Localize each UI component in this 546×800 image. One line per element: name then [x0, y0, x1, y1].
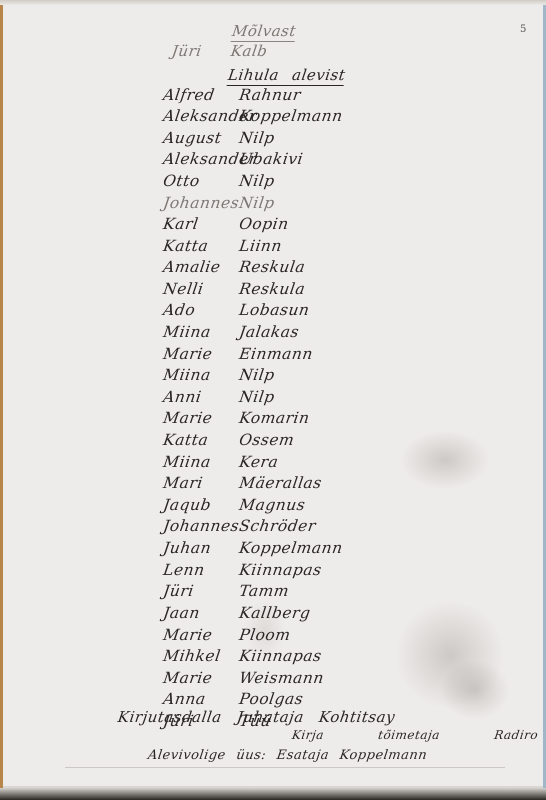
- last-name: Weismann: [238, 669, 325, 687]
- last-name: Magnus: [238, 496, 306, 514]
- last-name: Nilp: [238, 388, 276, 406]
- first-name: Nelli: [162, 280, 241, 298]
- last-name: Ubakivi: [238, 150, 304, 168]
- list-item: JaqubMagnus: [161, 496, 306, 518]
- list-item: MiinaJalakas: [161, 323, 300, 345]
- water-stain: [400, 430, 490, 490]
- last-name: Kiinnapas: [238, 561, 323, 579]
- first-name: Miina: [162, 453, 241, 471]
- water-stain: [440, 660, 510, 720]
- last-name: Poolgas: [238, 690, 305, 708]
- list-item: MariePloom: [161, 626, 291, 648]
- list-item: MiinaKera: [161, 453, 279, 475]
- first-name: Juhan: [162, 539, 241, 557]
- list-item: AnniNilp: [161, 388, 275, 410]
- last-name: Rahnur: [238, 86, 302, 104]
- list-item: AlfredRahnur: [161, 86, 302, 108]
- list-item: MiinaNilp: [161, 366, 275, 388]
- list-item: NelliReskula: [161, 280, 306, 302]
- first-name: Anni: [162, 388, 241, 406]
- document-photo: 5 Mõlvast Jüri Kalb Lihula alevist Alfre…: [0, 0, 546, 800]
- last-name: Einmann: [238, 345, 314, 363]
- last-name: Liinn: [238, 237, 283, 255]
- paper-edge-line: [65, 767, 505, 768]
- last-name: Nilp: [238, 172, 276, 190]
- last-name: Tamm: [238, 582, 290, 600]
- footer-line-1: Kirjutasdalla Juhataja Kohtitsay: [117, 708, 397, 726]
- last-name: Reskula: [238, 280, 306, 298]
- list-item: JohannesSchröder: [161, 517, 317, 539]
- last-name: Ploom: [238, 626, 292, 644]
- last-name: Kallberg: [238, 604, 312, 622]
- first-name: Johannes: [162, 194, 241, 212]
- last-name: Nilp: [238, 129, 276, 147]
- first-name: Aleksander: [162, 107, 241, 125]
- last-name: Kera: [238, 453, 280, 471]
- list-item: JohannesNilp: [161, 194, 275, 216]
- list-item: OttoNilp: [161, 172, 275, 194]
- first-name: Jaan: [162, 604, 241, 622]
- list-item: MariMäerallas: [161, 474, 323, 496]
- header-subtitle: Jüri Kalb: [171, 42, 269, 60]
- first-name: Otto: [162, 172, 241, 190]
- list-item: AmalieReskula: [161, 258, 306, 280]
- list-item: MarieWeismann: [161, 669, 325, 691]
- first-name: August: [162, 129, 241, 147]
- header-title: Mõlvast: [231, 22, 298, 42]
- first-name: Lenn: [162, 561, 241, 579]
- section-heading: Lihula alevist: [227, 66, 347, 86]
- last-name: Oopin: [238, 215, 290, 233]
- footer-line-2: Kirja tõimetaja Radiro: [291, 728, 539, 742]
- first-name: Miina: [162, 323, 241, 341]
- last-name: Reskula: [238, 258, 306, 276]
- list-item: AleksanderUbakivi: [161, 150, 304, 172]
- first-name: Marie: [162, 409, 241, 427]
- first-name: Marie: [162, 345, 241, 363]
- page-mark: 5: [520, 24, 527, 35]
- first-name: Mihkel: [162, 647, 241, 665]
- list-item: AleksanderKoppelmann: [161, 107, 343, 129]
- first-name: Anna: [162, 690, 241, 708]
- first-name: Katta: [162, 237, 241, 255]
- list-item: AugustNilp: [161, 129, 275, 151]
- list-item: KattaLiinn: [161, 237, 283, 259]
- first-name: Amalie: [162, 258, 241, 276]
- list-item: LennKiinnapas: [161, 561, 322, 583]
- first-name: Miina: [162, 366, 241, 384]
- first-name: Karl: [162, 215, 241, 233]
- list-item: MihkelKiinnapas: [161, 647, 322, 669]
- list-item: KarlOopin: [161, 215, 289, 237]
- list-item: JaanKallberg: [161, 604, 311, 626]
- last-name: Nilp: [238, 194, 276, 212]
- last-name: Koppelmann: [238, 539, 344, 557]
- first-name: Ado: [162, 301, 241, 319]
- first-name: Jaqub: [162, 496, 241, 514]
- last-name: Mäerallas: [238, 474, 323, 492]
- first-name: Aleksander: [162, 150, 241, 168]
- list-item: KattaOssem: [161, 431, 295, 453]
- first-name: Alfred: [162, 86, 241, 104]
- first-name: Johannes: [162, 517, 241, 535]
- last-name: Koppelmann: [238, 107, 344, 125]
- last-name: Kiinnapas: [238, 647, 323, 665]
- last-name: Ossem: [238, 431, 296, 449]
- last-name: Jalakas: [238, 323, 300, 341]
- last-name: Schröder: [238, 517, 317, 535]
- first-name: Mari: [162, 474, 241, 492]
- last-name: Komarin: [238, 409, 311, 427]
- list-item: MarieEinmann: [161, 345, 314, 367]
- last-name: Lobasun: [238, 301, 311, 319]
- footer-line-3: Alevivolige üus: Esataja Koppelmann: [147, 748, 428, 763]
- list-item: JuhanKoppelmann: [161, 539, 343, 561]
- list-item: JüriTamm: [161, 582, 290, 604]
- list-item: AdoLobasun: [161, 301, 310, 323]
- photo-bottom-edge: [0, 788, 546, 800]
- first-name: Jüri: [162, 582, 241, 600]
- list-item: MarieKomarin: [161, 409, 310, 431]
- first-name: Katta: [162, 431, 241, 449]
- last-name: Nilp: [238, 366, 276, 384]
- first-name: Marie: [162, 669, 241, 687]
- first-name: Marie: [162, 626, 241, 644]
